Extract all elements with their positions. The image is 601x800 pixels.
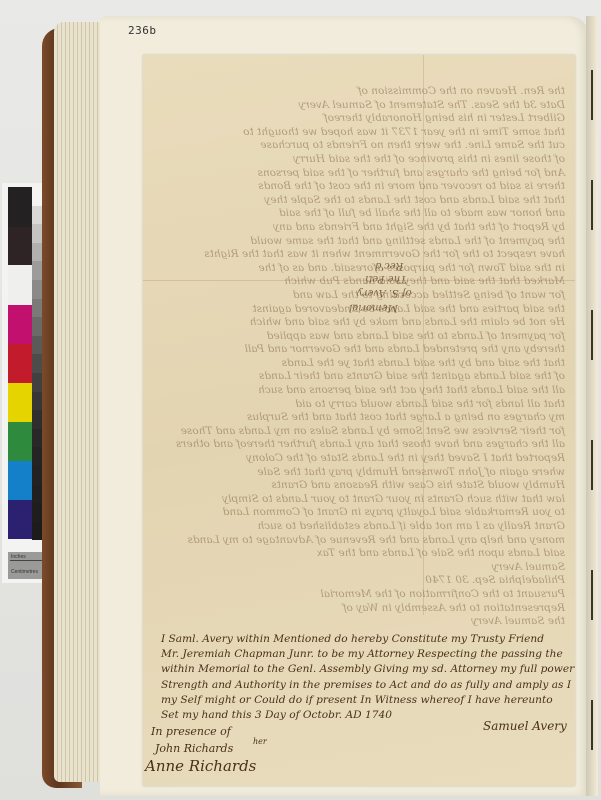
endorsement-note: The Peti xyxy=(365,273,407,284)
text-line: I Saml. Avery within Mentioned do hereby… xyxy=(161,632,571,647)
endorsement-note: of S. Avery xyxy=(357,287,412,298)
color-swatch-red xyxy=(8,344,32,383)
text-line: Mr. Jeremiah Chapman Junr. to be my Atto… xyxy=(161,647,571,662)
witness-signature: Anne Richards xyxy=(145,757,256,775)
book-gutter xyxy=(586,16,598,796)
binding-stitch xyxy=(591,570,593,620)
color-swatch-green xyxy=(8,422,32,461)
text-line: within Memorial to the Genl. Assembly Gi… xyxy=(161,662,571,677)
text-line: Strength and Authority in the premises t… xyxy=(161,678,571,693)
text-line: my Self might or Could do if present In … xyxy=(161,693,571,708)
endorsement-note: Memorial xyxy=(349,302,398,313)
binding-stitch xyxy=(591,180,593,230)
scale-centimetres-label: Centimetres xyxy=(11,569,38,575)
binding-stitch xyxy=(591,70,593,120)
bleed-through-text: the Ren. Heaven on the Commission of Dat… xyxy=(153,85,565,629)
color-swatch-dark-brown xyxy=(8,227,32,265)
witness-label: In presence of xyxy=(151,725,231,738)
color-swatch-white xyxy=(8,265,32,305)
binding-stitch xyxy=(591,310,593,360)
page-folio-number: 236b xyxy=(128,24,157,37)
color-swatch-magenta xyxy=(8,305,32,344)
manuscript-document: the Ren. Heaven on the Commission of Dat… xyxy=(143,55,575,786)
binding-stitch xyxy=(591,700,593,750)
power-of-attorney-text: I Saml. Avery within Mentioned do hereby… xyxy=(161,632,571,723)
endorsement-note: Rec'd xyxy=(375,260,403,271)
color-swatch-yellow xyxy=(8,383,32,422)
color-swatch-black xyxy=(8,187,32,227)
color-swatch-violet xyxy=(8,500,32,539)
binding-stitch xyxy=(591,440,593,490)
color-swatch-cyan-blue xyxy=(8,461,32,500)
witness-mark: her xyxy=(253,737,267,746)
witness-signature: John Richards xyxy=(155,742,233,755)
signatory-signature: Samuel Avery xyxy=(483,719,567,733)
